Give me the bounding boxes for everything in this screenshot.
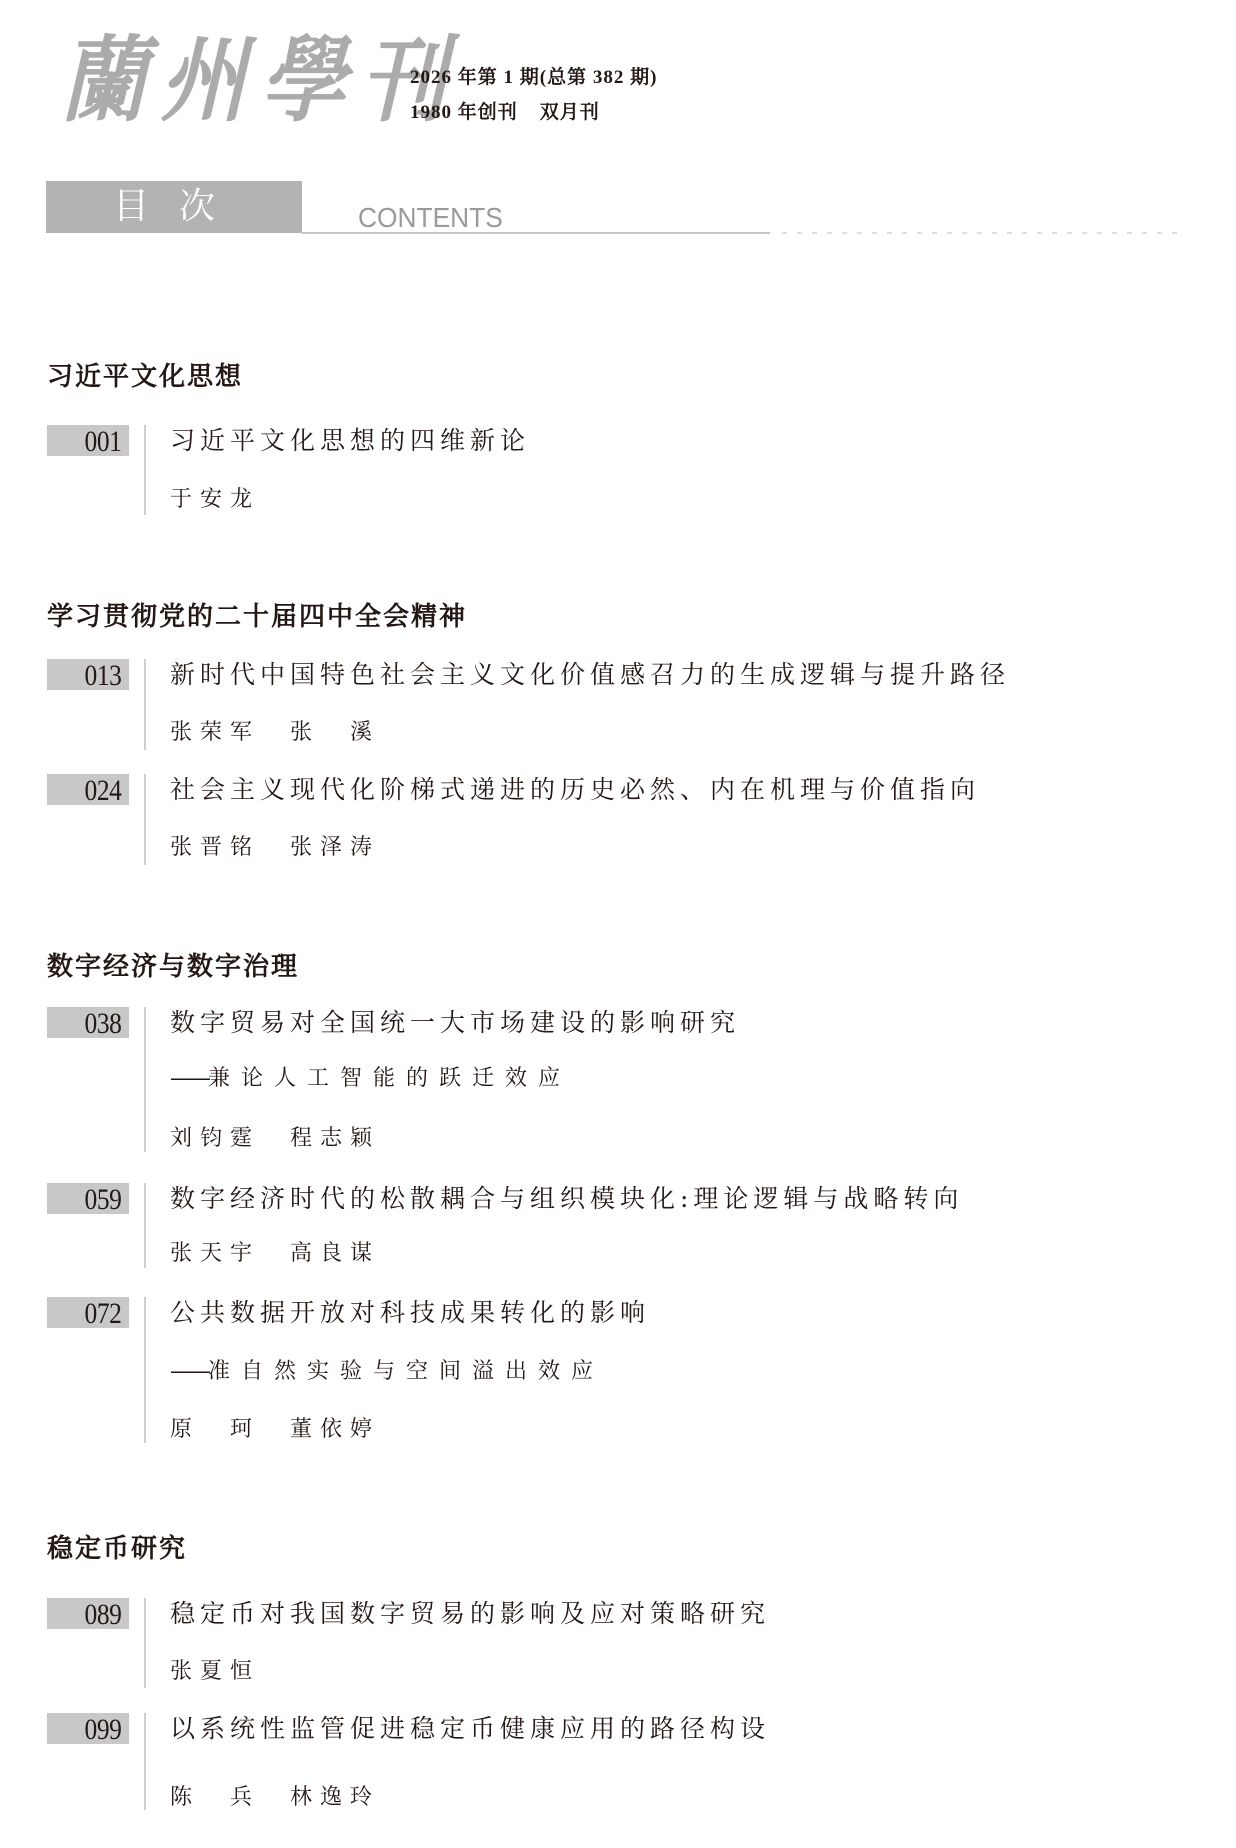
page-number: 038 [84,1007,121,1038]
entry-divider [144,1598,146,1688]
section-heading: 数字经济与数字治理 [47,952,299,982]
page-badge: 024 [47,774,129,805]
issue-number: 2026 年第 1 期(总第 382 期) [410,62,657,89]
article-title[interactable]: 新时代中国特色社会主义文化价值感召力的生成逻辑与提升路径 [170,660,1010,690]
article-title[interactable]: 以系统性监管促进稳定币健康应用的路径构设 [170,1714,770,1744]
entry-divider [144,425,146,515]
page-number: 001 [84,425,121,456]
section-heading: 习近平文化思想 [47,362,243,392]
entry-divider [144,774,146,865]
journal-logo: 蘭州學刊 [60,22,460,141]
page-number: 024 [84,774,121,805]
page-number: 013 [84,659,121,690]
article-title[interactable]: 社会主义现代化阶梯式递进的历史必然、内在机理与价值指向 [170,775,980,805]
page-badge: 038 [47,1007,129,1038]
article-subtitle: ——兼论人工智能的跃迁效应 [170,1065,571,1093]
entry-divider [144,1183,146,1268]
subtitle-dash: —— [170,1066,208,1091]
article-title[interactable]: 公共数据开放对科技成果转化的影响 [170,1298,650,1328]
page-number: 059 [84,1183,121,1214]
page-number: 072 [84,1297,121,1328]
article-title[interactable]: 数字贸易对全国统一大市场建设的影响研究 [170,1008,740,1038]
subtitle-text: 兼论人工智能的跃迁效应 [208,1066,571,1091]
page-number: 089 [84,1598,121,1629]
section-heading: 学习贯彻党的二十届四中全会精神 [47,602,467,632]
page-badge: 001 [47,425,129,456]
article-title[interactable]: 习近平文化思想的四维新论 [170,426,530,456]
entry-divider [144,1297,146,1443]
entry-divider [144,659,146,750]
entry-divider [144,1713,146,1810]
article-authors: 陈 兵 林逸玲 [170,1784,380,1812]
header-rule [302,232,770,234]
founded-year: 1980 年创刊 [410,102,518,123]
contents-label-en: CONTENTS [358,202,503,234]
article-authors: 张荣军 张 溪 [170,719,380,747]
article-authors: 于安龙 [170,486,260,514]
page-badge: 072 [47,1297,129,1328]
page-badge: 013 [47,659,129,690]
entry-divider [144,1007,146,1152]
frequency: 双月刊 [540,102,600,123]
section-heading: 稳定币研究 [47,1534,187,1564]
page-badge: 059 [47,1183,129,1214]
subtitle-text: 准自然实验与空间溢出效应 [208,1359,604,1384]
article-authors: 刘钧霆 程志颖 [170,1125,380,1153]
article-title[interactable]: 数字经济时代的松散耦合与组织模块化:理论逻辑与战略转向 [170,1184,963,1214]
page-number: 099 [84,1713,121,1744]
page-badge: 099 [47,1713,129,1744]
header-dashed-rule [782,232,1184,234]
page-badge: 089 [47,1598,129,1629]
article-authors: 张天宇 高良谋 [170,1240,380,1268]
subtitle-dash: —— [170,1359,208,1384]
article-authors: 张夏恒 [170,1658,260,1686]
article-subtitle: ——准自然实验与空间溢出效应 [170,1358,604,1386]
article-authors: 原 珂 董依婷 [170,1416,380,1444]
publication-info: 1980 年创刊双月刊 [410,97,600,124]
article-title[interactable]: 稳定币对我国数字贸易的影响及应对策略研究 [170,1599,770,1629]
contents-label-cn: 目次 [46,181,302,233]
article-authors: 张晋铭 张泽涛 [170,834,380,862]
